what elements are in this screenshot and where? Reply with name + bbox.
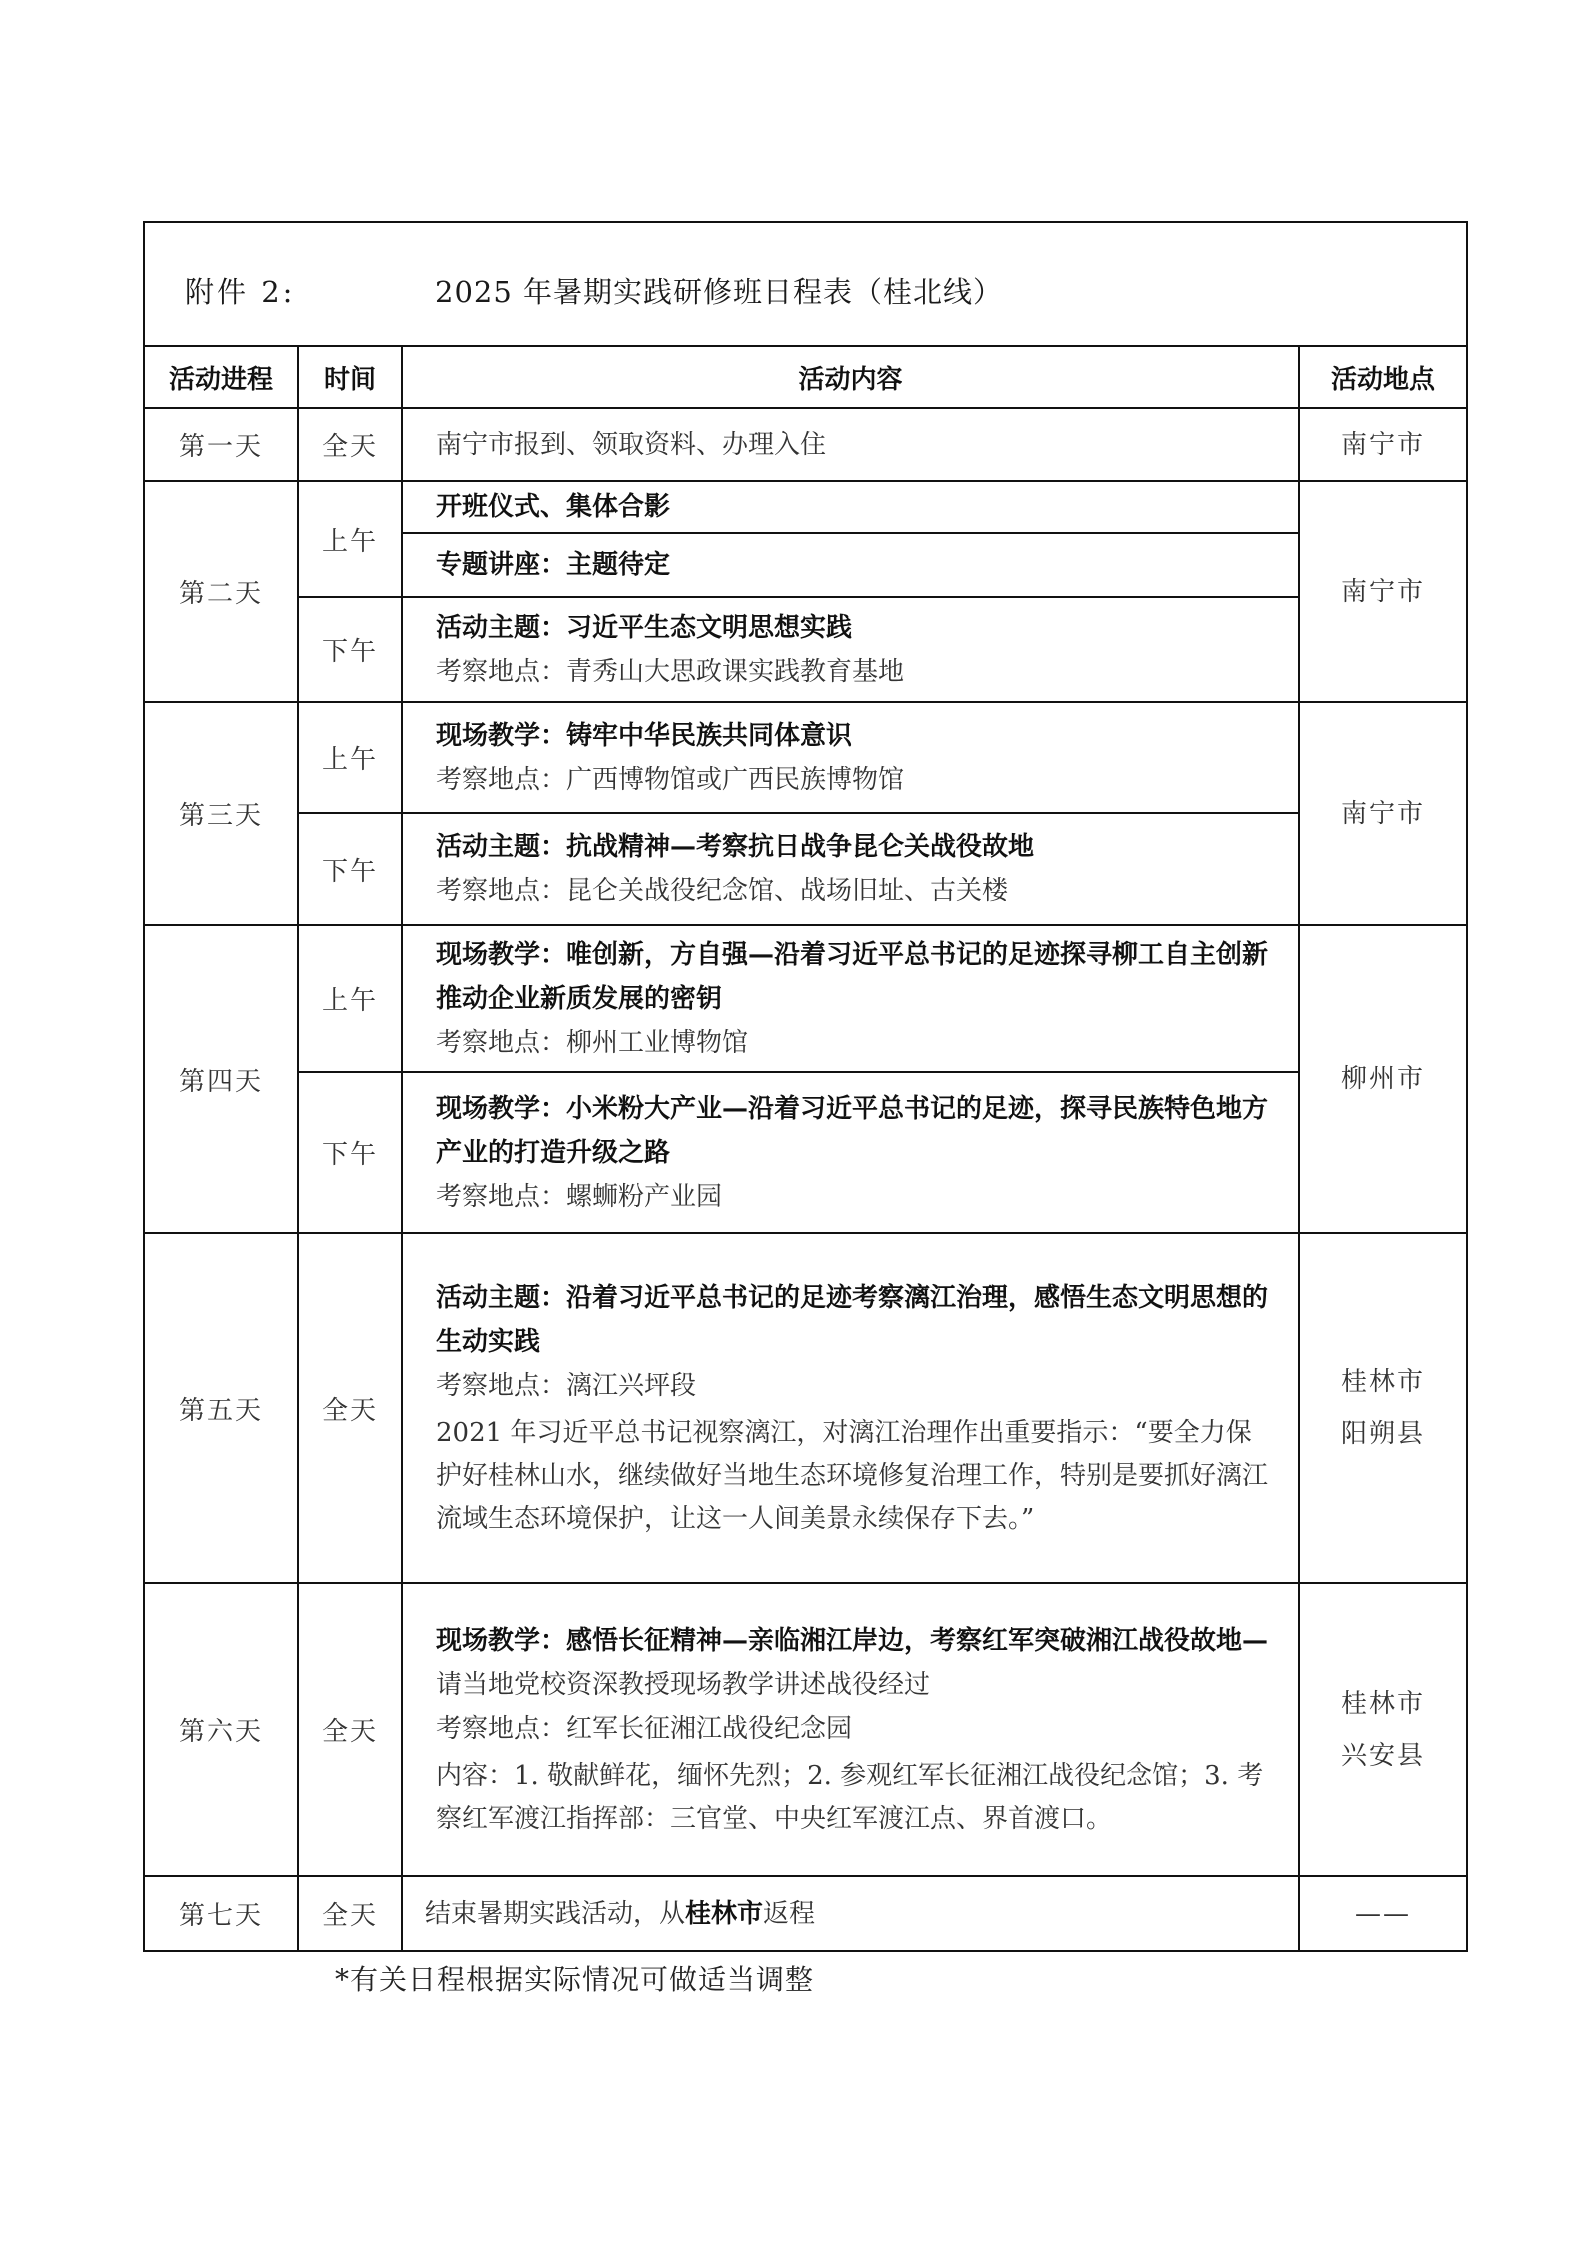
column-header-time: 时间 [298, 346, 402, 408]
day-label: 第五天 [144, 1233, 298, 1583]
table-row-day-7: 第七天 全天 结束暑期实践活动，从桂林市返程 —— [144, 1876, 1467, 1951]
activity-content: 结束暑期实践活动，从桂林市返程 [402, 1876, 1299, 1951]
activity-description: 2021 年习近平总书记视察漓江，对漓江治理作出重要指示：“要全力保护好桂林山水… [436, 1412, 1268, 1541]
activity-title-block: 现场教学：感悟长征精神—亲临湘江岸边，考察红军突破湘江战役故地—请当地党校资深教… [436, 1619, 1268, 1707]
location-county: 阳朔县 [1300, 1408, 1466, 1460]
table-row-day-2: 第二天 上午 开班仪式、集体合影 南宁市 [144, 481, 1467, 533]
location-label: 南宁市 [1299, 702, 1467, 925]
time-label: 下午 [298, 1072, 402, 1233]
day-label: 第四天 [144, 925, 298, 1233]
time-label: 全天 [298, 1876, 402, 1951]
activity-content: 活动主题：抗战精神—考察抗日战争昆仑关战役故地 考察地点：昆仑关战役纪念馆、战场… [402, 813, 1299, 925]
title-row: 附件 2: 2025 年暑期实践研修班日程表（桂北线） [144, 222, 1467, 346]
attachment-label: 附件 2: [185, 270, 295, 311]
activity-location: 考察地点：昆仑关战役纪念馆、战场旧址、古关楼 [436, 869, 1268, 913]
location-county: 兴安县 [1300, 1730, 1466, 1782]
time-label: 全天 [298, 1583, 402, 1876]
table-row-day-4-pm: 下午 现场教学：小米粉大产业—沿着习近平总书记的足迹，探寻民族特色地方产业的打造… [144, 1072, 1467, 1233]
activity-title: 现场教学：铸牢中华民族共同体意识 [436, 714, 1268, 758]
activity-description: 内容：1. 敬献鲜花，缅怀先烈；2. 参观红军长征湘江战役纪念馆；3. 考察红军… [436, 1755, 1268, 1841]
activity-text: 结束暑期实践活动，从 [425, 1899, 685, 1929]
activity-title-continued: 请当地党校资深教授现场教学讲述战役经过 [436, 1670, 930, 1700]
activity-content: 开班仪式、集体合影 [402, 481, 1299, 533]
activity-title: 活动主题：习近平生态文明思想实践 [436, 606, 1268, 650]
schedule-table: 附件 2: 2025 年暑期实践研修班日程表（桂北线） 活动进程 时间 活动内容… [143, 221, 1468, 1952]
location-label: 桂林市 兴安县 [1299, 1583, 1467, 1876]
title-cell: 附件 2: 2025 年暑期实践研修班日程表（桂北线） [144, 222, 1467, 346]
activity-location: 考察地点：螺蛳粉产业园 [436, 1175, 1268, 1219]
activity-content: 现场教学：小米粉大产业—沿着习近平总书记的足迹，探寻民族特色地方产业的打造升级之… [402, 1072, 1299, 1233]
activity-title: 活动主题：抗战精神—考察抗日战争昆仑关战役故地 [436, 825, 1268, 869]
activity-text-end: 返程 [763, 1899, 815, 1929]
day-label: 第一天 [144, 408, 298, 481]
table-row-day-3-pm: 下午 活动主题：抗战精神—考察抗日战争昆仑关战役故地 考察地点：昆仑关战役纪念馆… [144, 813, 1467, 925]
activity-line: 南宁市报到、领取资料、办理入住 [436, 423, 1268, 467]
activity-content: 南宁市报到、领取资料、办理入住 [402, 408, 1299, 481]
footnote: *有关日程根据实际情况可做适当调整 [335, 1958, 814, 1998]
column-header-location: 活动地点 [1299, 346, 1467, 408]
activity-city: 桂林市 [685, 1899, 763, 1929]
activity-content: 活动主题：沿着习近平总书记的足迹考察漓江治理，感悟生态文明思想的生动实践 考察地… [402, 1233, 1299, 1583]
time-label: 上午 [298, 925, 402, 1072]
activity-content: 专题讲座：主题待定 [402, 533, 1299, 597]
activity-title: 开班仪式、集体合影 [436, 485, 1268, 529]
location-label: 柳州市 [1299, 925, 1467, 1233]
activity-location: 考察地点：红军长征湘江战役纪念园 [436, 1707, 1268, 1751]
location-city: 桂林市 [1300, 1678, 1466, 1730]
activity-location: 考察地点：柳州工业博物馆 [436, 1021, 1268, 1065]
document-page: 附件 2: 2025 年暑期实践研修班日程表（桂北线） 活动进程 时间 活动内容… [0, 0, 1587, 2245]
location-label: 桂林市 阳朔县 [1299, 1233, 1467, 1583]
column-header-content: 活动内容 [402, 346, 1299, 408]
activity-title: 活动主题：沿着习近平总书记的足迹考察漓江治理，感悟生态文明思想的生动实践 [436, 1276, 1268, 1364]
activity-location: 考察地点：广西博物馆或广西民族博物馆 [436, 758, 1268, 802]
time-label: 上午 [298, 481, 402, 597]
activity-title: 现场教学：感悟长征精神—亲临湘江岸边，考察红军突破湘江战役故地— [436, 1626, 1268, 1656]
location-label: —— [1299, 1876, 1467, 1951]
activity-content: 现场教学：唯创新，方自强—沿着习近平总书记的足迹探寻柳工自主创新推动企业新质发展… [402, 925, 1299, 1072]
location-label: 南宁市 [1299, 408, 1467, 481]
column-header-row: 活动进程 时间 活动内容 活动地点 [144, 346, 1467, 408]
activity-title: 现场教学：唯创新，方自强—沿着习近平总书记的足迹探寻柳工自主创新推动企业新质发展… [436, 933, 1268, 1021]
activity-content: 活动主题：习近平生态文明思想实践 考察地点：青秀山大思政课实践教育基地 [402, 597, 1299, 702]
activity-content: 现场教学：感悟长征精神—亲临湘江岸边，考察红军突破湘江战役故地—请当地党校资深教… [402, 1583, 1299, 1876]
day-label: 第六天 [144, 1583, 298, 1876]
day-label: 第七天 [144, 1876, 298, 1951]
activity-title: 现场教学：小米粉大产业—沿着习近平总书记的足迹，探寻民族特色地方产业的打造升级之… [436, 1087, 1268, 1175]
time-label: 全天 [298, 408, 402, 481]
activity-location: 考察地点：青秀山大思政课实践教育基地 [436, 650, 1268, 694]
time-label: 下午 [298, 597, 402, 702]
column-header-progress: 活动进程 [144, 346, 298, 408]
table-row-day-6: 第六天 全天 现场教学：感悟长征精神—亲临湘江岸边，考察红军突破湘江战役故地—请… [144, 1583, 1467, 1876]
location-city: 桂林市 [1300, 1356, 1466, 1408]
table-row-day-4: 第四天 上午 现场教学：唯创新，方自强—沿着习近平总书记的足迹探寻柳工自主创新推… [144, 925, 1467, 1072]
time-label: 下午 [298, 813, 402, 925]
day-label: 第三天 [144, 702, 298, 925]
activity-title: 专题讲座：主题待定 [436, 543, 1268, 587]
table-row-day-1: 第一天 全天 南宁市报到、领取资料、办理入住 南宁市 [144, 408, 1467, 481]
table-row-day-3: 第三天 上午 现场教学：铸牢中华民族共同体意识 考察地点：广西博物馆或广西民族博… [144, 702, 1467, 813]
table-row-day-5: 第五天 全天 活动主题：沿着习近平总书记的足迹考察漓江治理，感悟生态文明思想的生… [144, 1233, 1467, 1583]
time-label: 全天 [298, 1233, 402, 1583]
document-title: 2025 年暑期实践研修班日程表（桂北线） [435, 270, 1003, 311]
table-row-day-2-pm: 下午 活动主题：习近平生态文明思想实践 考察地点：青秀山大思政课实践教育基地 [144, 597, 1467, 702]
time-label: 上午 [298, 702, 402, 813]
location-label: 南宁市 [1299, 481, 1467, 702]
day-label: 第二天 [144, 481, 298, 702]
activity-location: 考察地点：漓江兴坪段 [436, 1364, 1268, 1408]
activity-content: 现场教学：铸牢中华民族共同体意识 考察地点：广西博物馆或广西民族博物馆 [402, 702, 1299, 813]
